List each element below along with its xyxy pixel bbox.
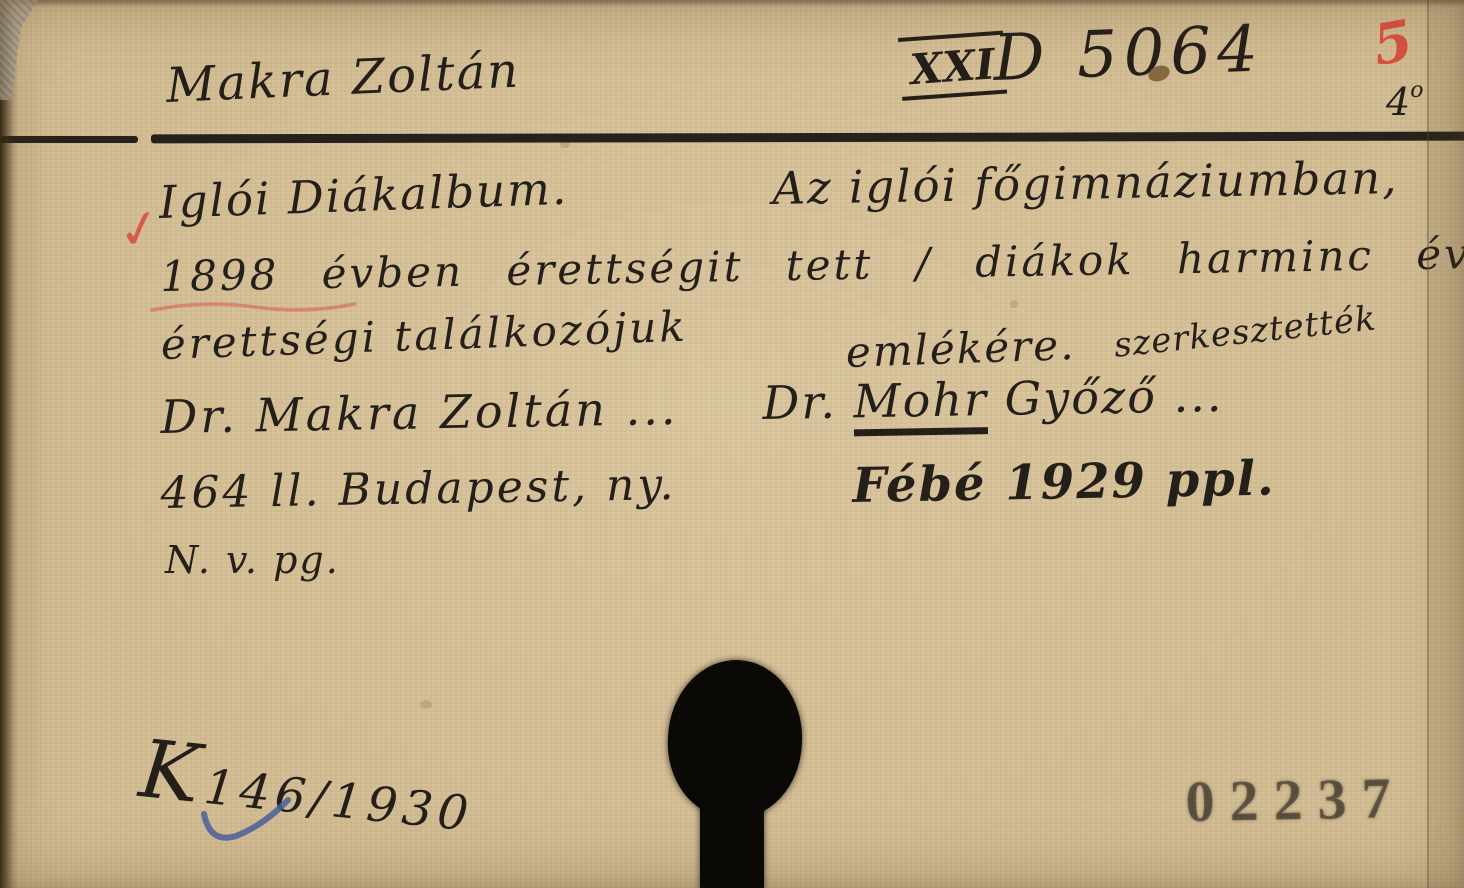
shelf-mark: D 5064 xyxy=(992,13,1265,96)
heading-rule-left-segment xyxy=(0,136,138,143)
body-line5-imprint: Fébé 1929 ppl. xyxy=(852,451,1276,514)
right-crease-line xyxy=(1427,0,1429,888)
blue-check-mark-icon xyxy=(198,792,293,856)
left-card-edge xyxy=(0,0,18,888)
age-spot xyxy=(1010,300,1018,308)
body-line3-right: szerkesztették xyxy=(1112,298,1378,365)
format-mark-sup: o xyxy=(1410,78,1423,103)
body-line5-collation: 464 ll. Budapest, ny. xyxy=(160,459,677,519)
editor2-surname-underlined: Mohr xyxy=(853,372,988,436)
format-mark-digit: 4 xyxy=(1386,80,1410,124)
age-spot xyxy=(420,700,432,709)
scanner-corner-texture xyxy=(0,0,38,100)
body-line6-note: N. v. pg. xyxy=(165,538,340,582)
punch-hole-slot xyxy=(700,795,764,888)
body-line3-mid: emlékére. xyxy=(845,320,1076,377)
body-line4-editor2: Dr. Mohr Győző ... xyxy=(762,368,1224,430)
author-name: Makra Zoltán xyxy=(165,43,521,114)
class-number: XXI xyxy=(898,31,1007,101)
body-line2: 1898 évben érettségit tett / diákok harm… xyxy=(160,228,1464,301)
top-card-edge xyxy=(0,0,1464,7)
accession-number: K146/1930 xyxy=(136,752,476,843)
red-sequence-number: 5 xyxy=(1368,7,1418,79)
accession-prefix: K xyxy=(135,722,204,821)
body-line1-right: Az iglói főgimnáziumban, xyxy=(772,151,1399,215)
format-mark: 4o xyxy=(1386,78,1423,124)
body-line4-editor1: Dr. Makra Zoltán ... xyxy=(160,381,679,444)
body-line1-left: Iglói Diákalbum. xyxy=(158,162,569,229)
stamp-number: 02237 xyxy=(1185,764,1406,835)
editor2-given-name: Győző ... xyxy=(987,368,1223,426)
editor2-dr: Dr. xyxy=(762,374,854,430)
heading-rule-main-segment xyxy=(151,132,1464,144)
catalog-card: Makra Zoltán XXI D 5064 5 4o ✓ Iglói Diá… xyxy=(0,0,1464,888)
